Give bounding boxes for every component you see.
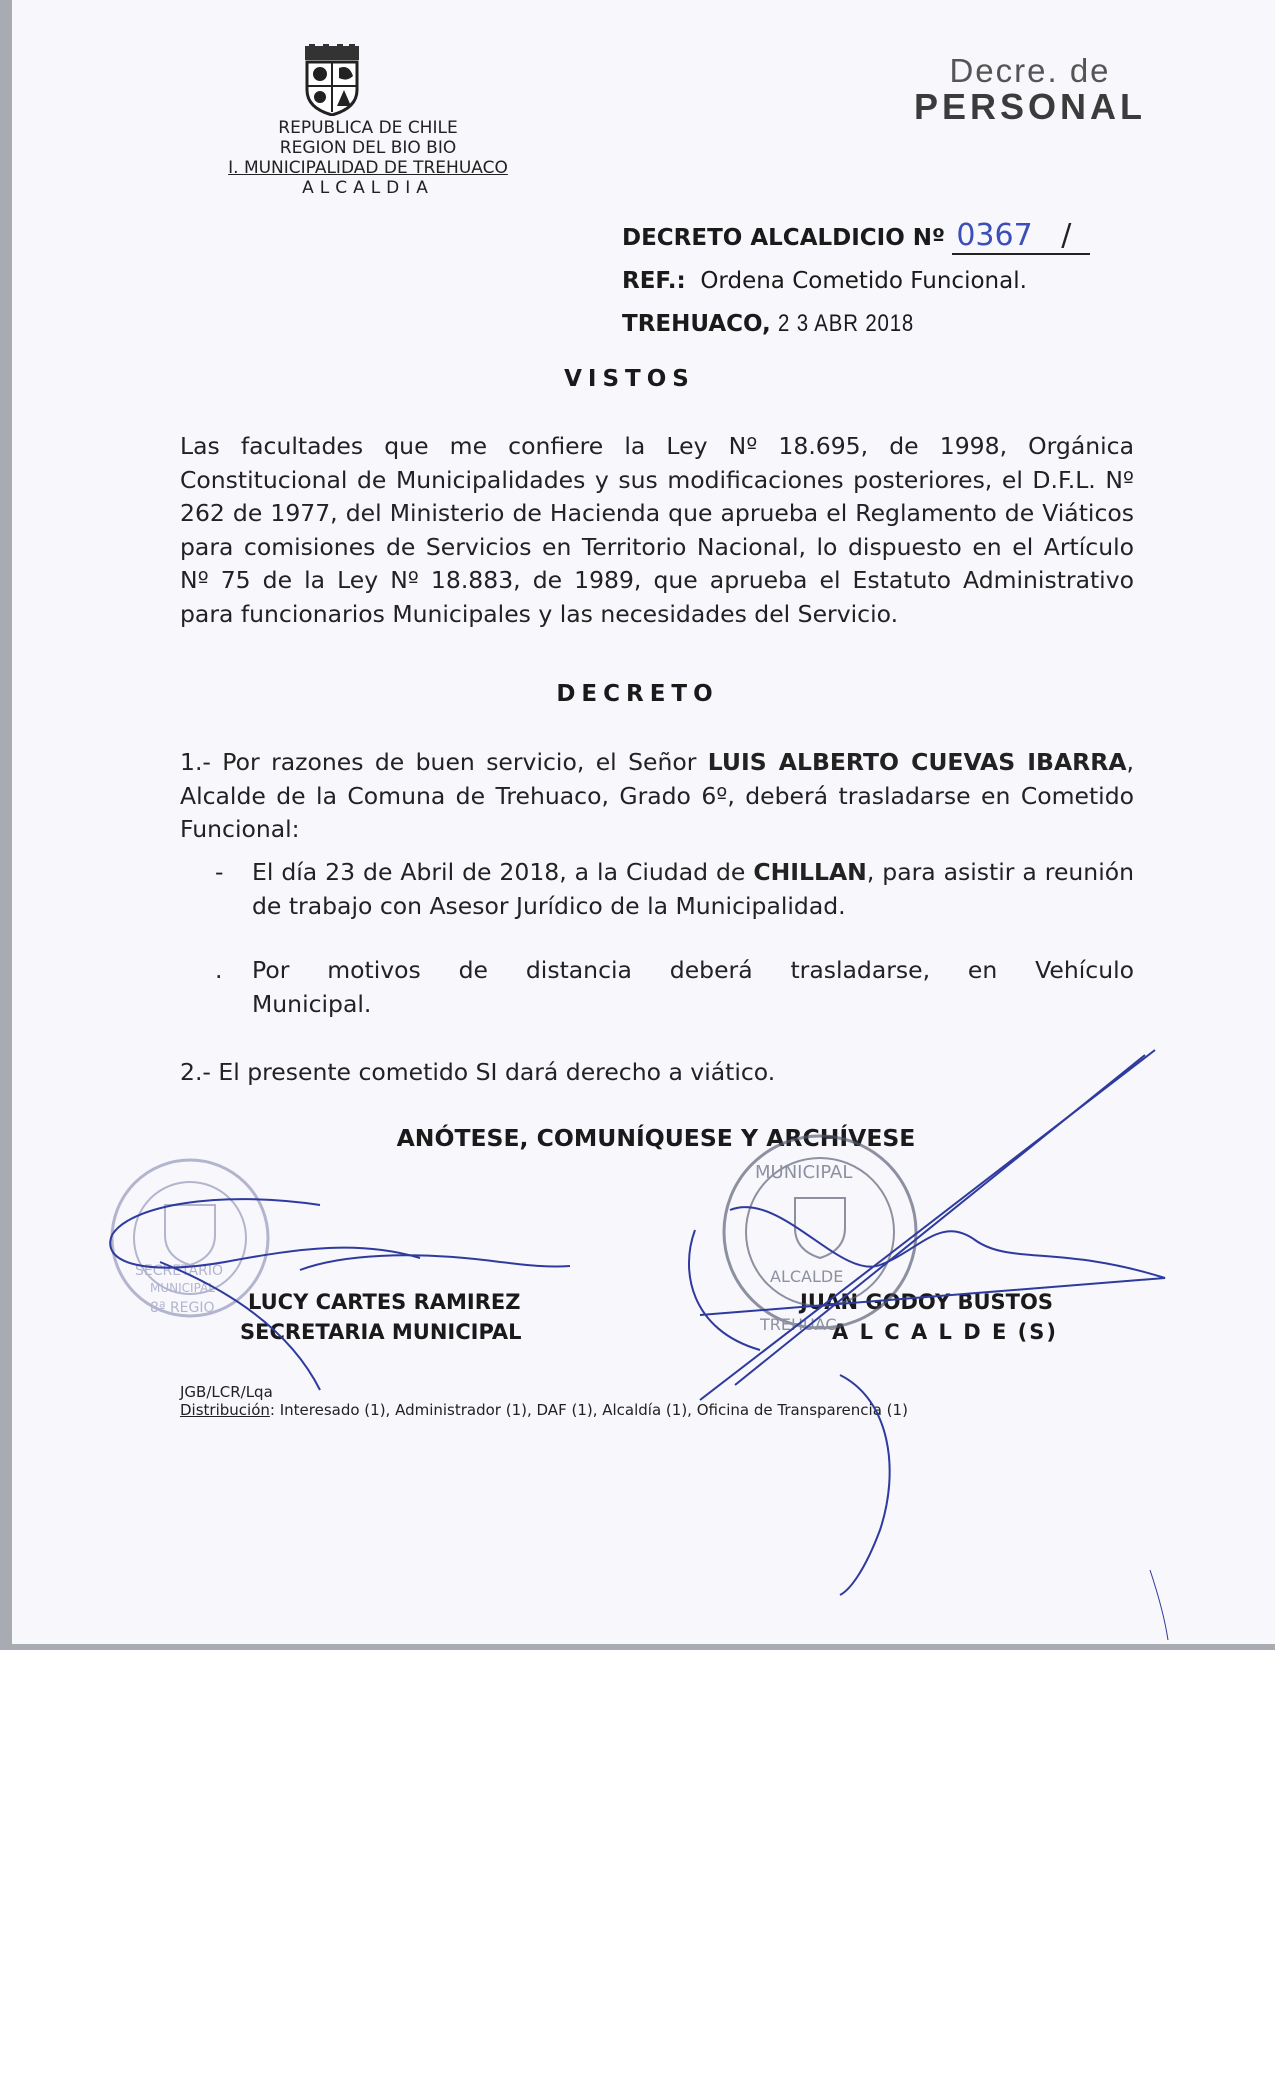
letterhead: REPUBLICA DE CHILE REGION DEL BIO BIO I.… — [218, 118, 518, 198]
distribution-line: Distribución: Interesado (1), Administra… — [180, 1400, 908, 1420]
item1-prefix: 1.- Por razones de buen servicio, el Señ… — [180, 748, 708, 776]
letterhead-line: ALCALDIA — [218, 178, 518, 198]
signer-title: A L C A L D E (S) — [800, 1317, 1058, 1347]
decree-number-line: DECRETO ALCALDICIO Nº 0367 / — [622, 218, 1090, 255]
ref-text: Ordena Cometido Funcional. — [700, 268, 1027, 294]
place-date-line: TREHUACO, 2 3 ABR 2018 — [622, 310, 938, 338]
decreto-heading: DECRETO — [0, 681, 1275, 707]
signer-title: SECRETARIA MUNICIPAL — [240, 1317, 522, 1347]
decree-number: 0367 / — [952, 218, 1090, 255]
right-signature-block: JUAN GODOY BUSTOS A L C A L D E (S) — [800, 1287, 1058, 1347]
bullet-marker: . — [215, 954, 245, 988]
decree-number-value: 0367 — [956, 218, 1032, 253]
ref-label: REF.: — [622, 268, 686, 294]
letterhead-line: I. MUNICIPALIDAD DE TREHUACO — [218, 158, 518, 178]
initials: JGB/LCR/Lqa — [180, 1382, 273, 1402]
decree-item-1: 1.- Por razones de buen servicio, el Señ… — [180, 746, 1134, 847]
date-stamp: 2 3 ABR 2018 — [778, 310, 914, 338]
personal-stamp: Decre. de PERSONAL — [880, 52, 1180, 128]
decree-label: DECRETO ALCALDICIO Nº — [622, 225, 945, 251]
decree-bullet: . Por motivos de distancia deberá trasla… — [215, 954, 1134, 1021]
bullet-text: Por motivos de distancia deberá traslada… — [252, 956, 1134, 1018]
coat-of-arms-icon — [297, 44, 367, 116]
bullet-marker: - — [215, 856, 245, 890]
distribution-label: Distribución — [180, 1401, 270, 1419]
signer-name: LUCY CARTES RAMIREZ — [240, 1287, 522, 1317]
distribution-text: : Interesado (1), Administrador (1), DAF… — [270, 1401, 908, 1419]
reference-line: REF.: Ordena Cometido Funcional. — [622, 268, 1027, 294]
city-name: CHILLAN — [753, 858, 866, 886]
left-signature-block: LUCY CARTES RAMIREZ SECRETARIA MUNICIPAL — [240, 1287, 522, 1347]
place-label: TREHUACO, — [622, 311, 771, 337]
vistos-heading: VISTOS — [0, 366, 1267, 392]
closing-formula: ANÓTESE, COMUNÍQUESE Y ARCHÍVESE — [0, 1124, 1275, 1152]
decree-number-suffix: / — [1061, 218, 1071, 253]
official-name: LUIS ALBERTO CUEVAS IBARRA — [708, 748, 1127, 776]
decree-bullet: - El día 23 de Abril de 2018, a la Ciuda… — [215, 856, 1134, 923]
stamp-line: PERSONAL — [880, 86, 1180, 128]
vistos-paragraph: Las facultades que me confiere la Ley Nº… — [180, 430, 1134, 631]
letterhead-line: REGION DEL BIO BIO — [218, 138, 518, 158]
decree-item-2: 2.- El presente cometido SI dará derecho… — [180, 1056, 1134, 1090]
bullet-text: El día 23 de Abril de 2018, a la Ciudad … — [252, 858, 753, 886]
letterhead-line: REPUBLICA DE CHILE — [218, 118, 518, 138]
stamp-line: Decre. de — [880, 52, 1180, 90]
signer-name: JUAN GODOY BUSTOS — [800, 1287, 1058, 1317]
